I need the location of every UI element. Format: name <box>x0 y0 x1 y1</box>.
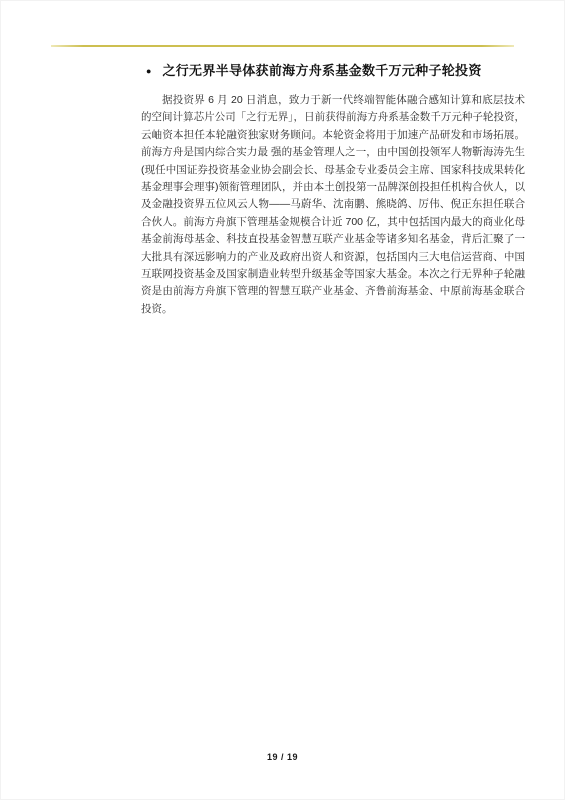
page-footer: 19 / 19 <box>1 747 564 765</box>
article-body-paragraph: 据投资界 6 月 20 日消息，致力于新一代终端智能体融合感知计算和底层技术的空… <box>141 92 525 318</box>
bullet-icon: ● <box>146 67 151 76</box>
section-divider-line <box>51 45 514 47</box>
page-number: 19 / 19 <box>267 752 298 762</box>
article-title: 之行无界半导体获前海方舟系基金数千万元种子轮投资 <box>162 63 481 79</box>
document-page: ● 之行无界半导体获前海方舟系基金数千万元种子轮投资 据投资界 6 月 20 日… <box>0 0 565 800</box>
article: ● 之行无界半导体获前海方舟系基金数千万元种子轮投资 据投资界 6 月 20 日… <box>141 63 525 318</box>
article-heading: ● 之行无界半导体获前海方舟系基金数千万元种子轮投资 <box>141 63 525 79</box>
